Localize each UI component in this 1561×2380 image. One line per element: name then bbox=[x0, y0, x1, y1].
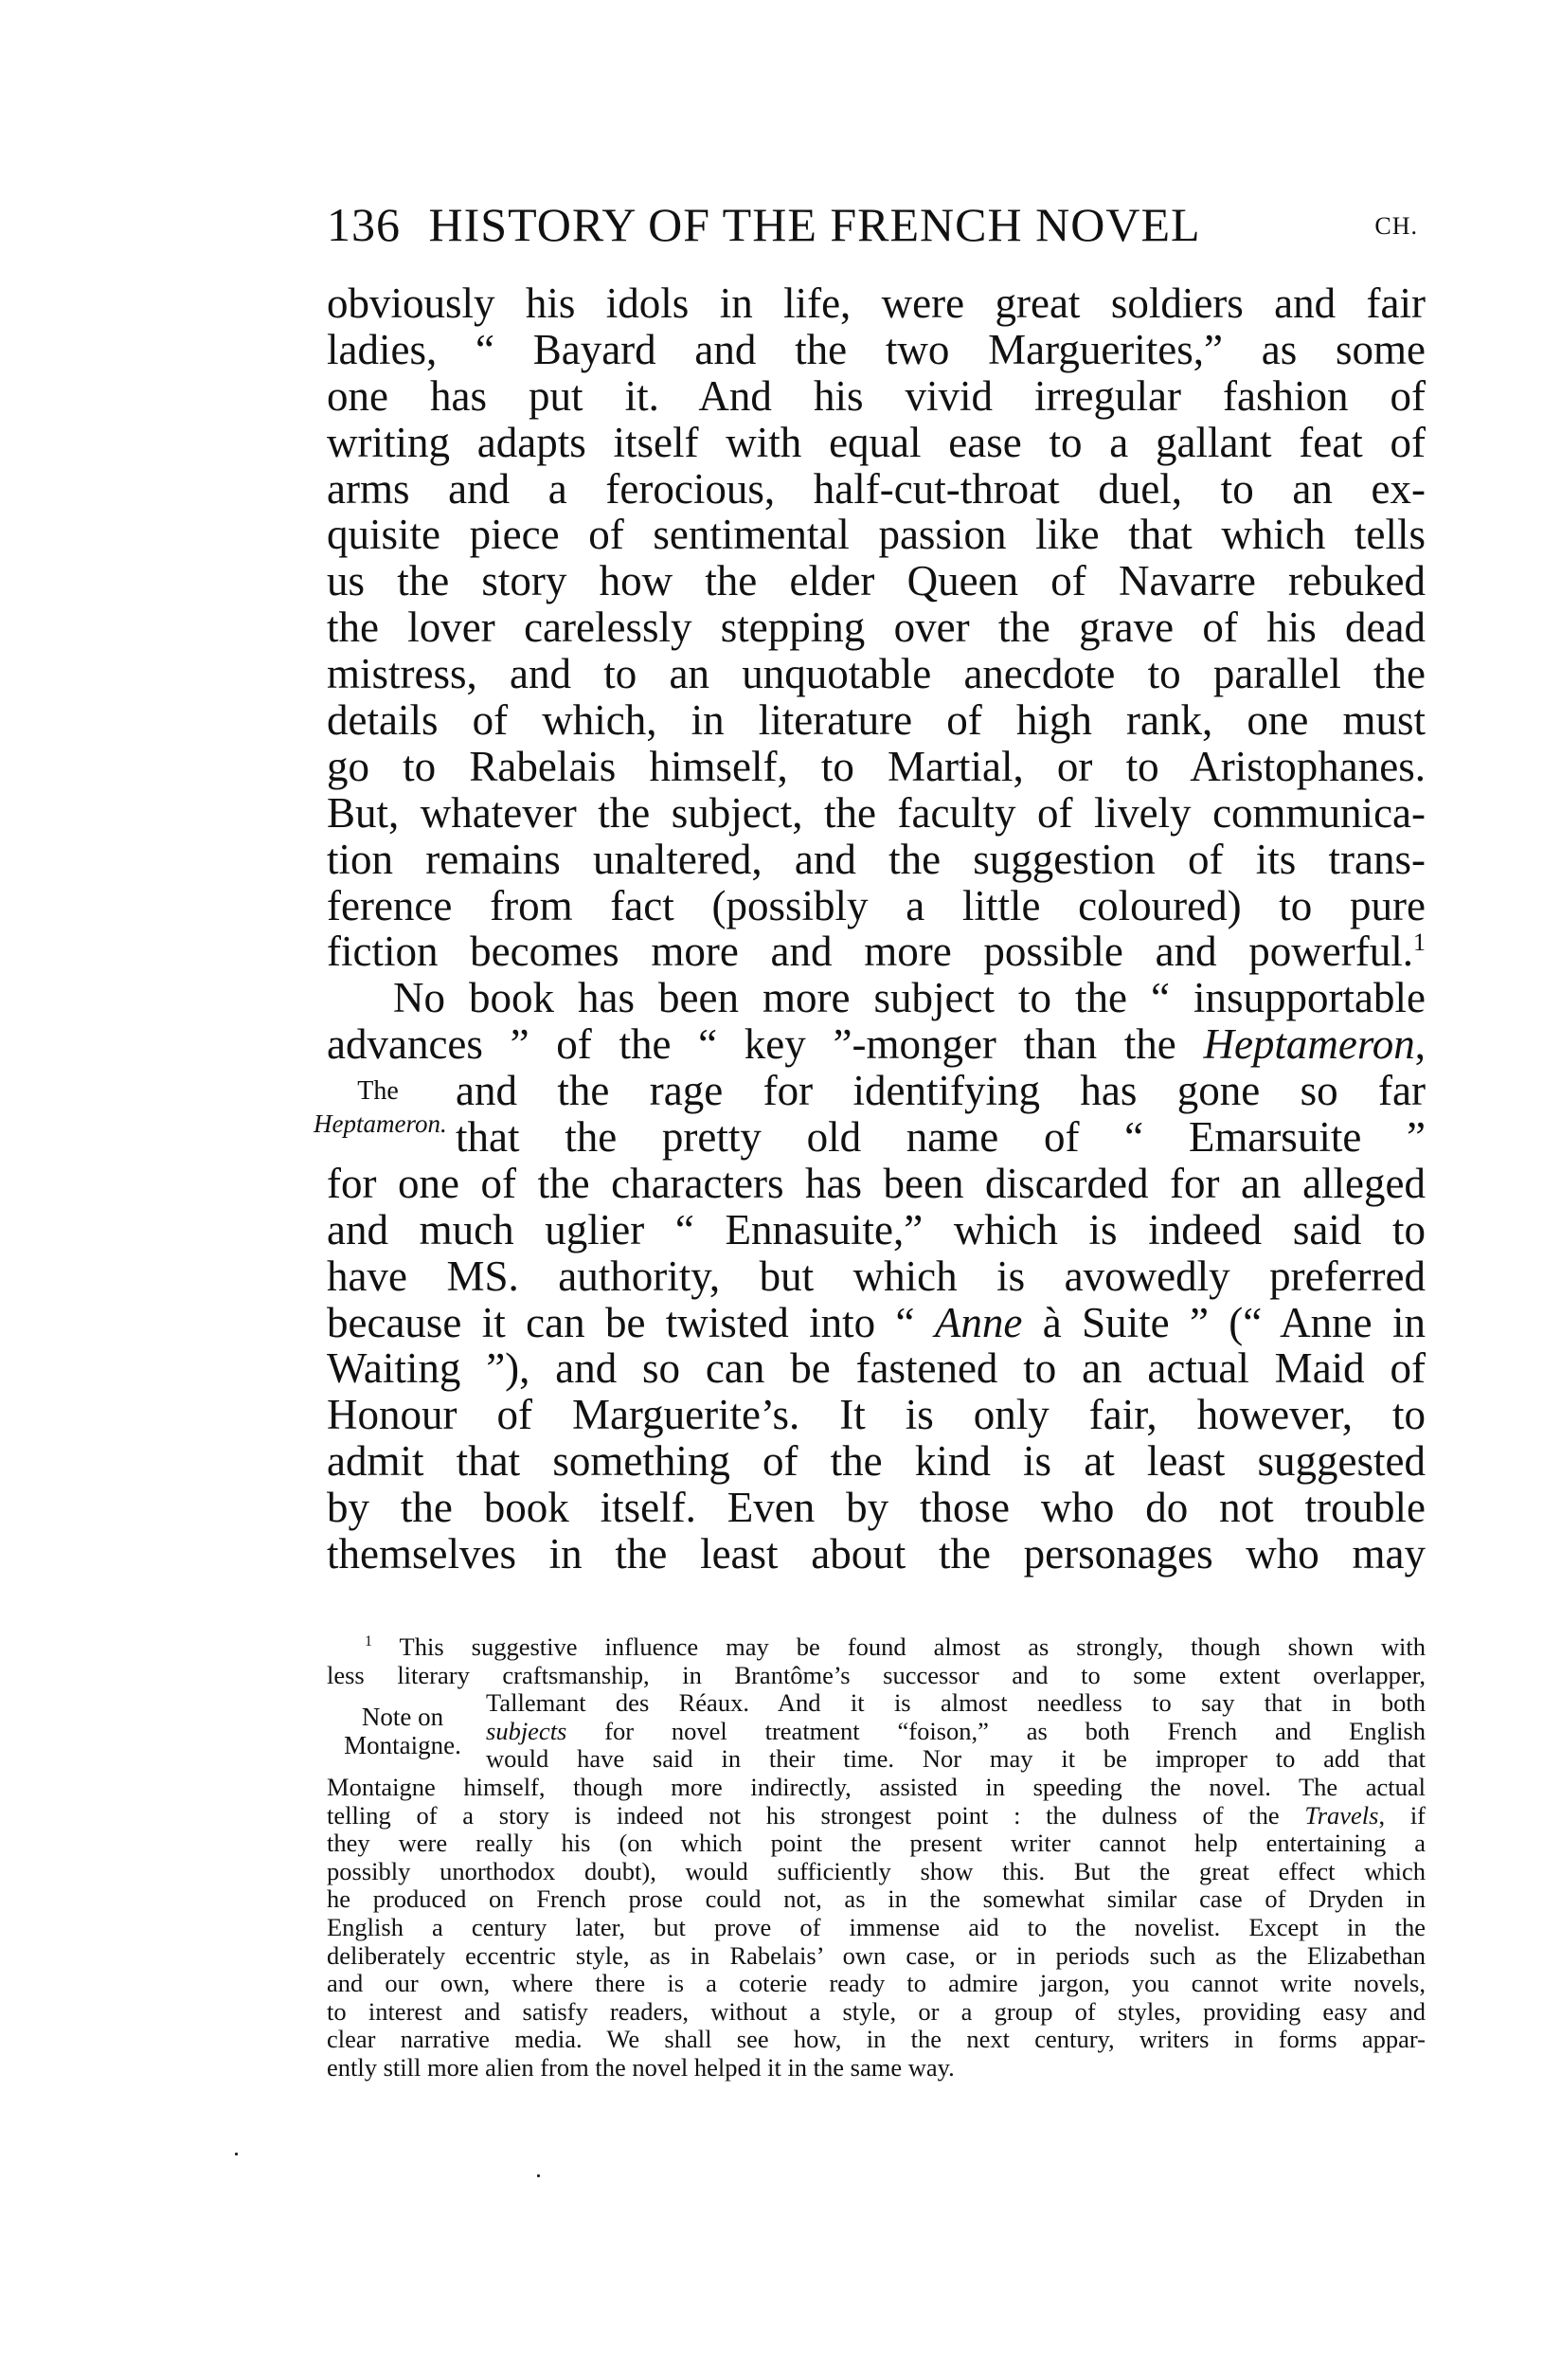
text-line: But, whatever the subject, the faculty o… bbox=[327, 790, 1426, 837]
scan-speck bbox=[537, 2174, 540, 2177]
text-line: the lover carelessly stepping over the g… bbox=[327, 604, 1426, 651]
book-title-italic: Heptameron bbox=[1203, 1020, 1414, 1068]
margin-note-line: The bbox=[314, 1075, 442, 1108]
footnote-marker: 1 bbox=[365, 1633, 372, 1650]
text-line: themselves in the least about the person… bbox=[327, 1531, 1426, 1578]
text-line: for one of the characters has been disca… bbox=[327, 1161, 1426, 1207]
chapter-abbreviation: CH. bbox=[1374, 212, 1418, 241]
sidenote-block-montaigne: Note on Montaigne. Tallemant des Réaux. … bbox=[327, 1689, 1426, 1774]
page-number: 136 bbox=[327, 197, 401, 252]
footnote-line: and our own, where there is a coterie re… bbox=[327, 1970, 1426, 1998]
italic-word: subjects bbox=[486, 1717, 566, 1745]
text-line: details of which, in literature of high … bbox=[327, 697, 1426, 744]
text-fragment: , if bbox=[1378, 1801, 1426, 1830]
footnote-line: to interest and satisfy readers, without… bbox=[327, 1998, 1426, 2027]
text-line: go to Rabelais himself, to Martial, or t… bbox=[327, 744, 1426, 790]
text-line: obviously his idols in life, were great … bbox=[327, 280, 1426, 327]
paragraph-start-line: No book has been more subject to the “ i… bbox=[327, 975, 1426, 1021]
text-line: us the story how the elder Queen of Nava… bbox=[327, 558, 1426, 604]
main-text: obviously his idols in life, were great … bbox=[327, 280, 1426, 1578]
footnote-line: he produced on French prose could not, a… bbox=[327, 1885, 1426, 1914]
text-line: ference from fact (possibly a little col… bbox=[327, 883, 1426, 929]
text-line: arms and a ferocious, half-cut-throat du… bbox=[327, 466, 1426, 513]
sidenote-block-heptameron: The Heptameron. and the rage for identif… bbox=[327, 1068, 1426, 1161]
text-line: writing adapts itself with equal ease to… bbox=[327, 420, 1426, 466]
text-fragment: fiction becomes more and more possible a… bbox=[327, 928, 1413, 975]
footnote-line: deliberately eccentric style, as in Rabe… bbox=[327, 1942, 1426, 1971]
footnote-line: less literary craftsmanship, in Brantôme… bbox=[327, 1662, 1426, 1690]
margin-note-montaigne: Note on Montaigne. bbox=[327, 1703, 478, 1759]
footnote-line: subjects for novel treatment “foison,” a… bbox=[327, 1718, 1426, 1746]
text-fragment: because it can be twisted into “ bbox=[327, 1299, 935, 1346]
footnote-line: clear narrative media. We shall see how,… bbox=[327, 2026, 1426, 2054]
text-line: have MS. authority, but which is avowedl… bbox=[327, 1253, 1426, 1300]
footnote-line: telling of a story is indeed not his str… bbox=[327, 1802, 1426, 1830]
footnote-line: 1 This suggestive influence may be found… bbox=[327, 1633, 1426, 1662]
text-line: and much uglier “ Ennasuite,” which is i… bbox=[327, 1207, 1426, 1253]
text-line: by the book itself. Even by those who do… bbox=[327, 1485, 1426, 1531]
text-line: Waiting ”), and so can be fastened to an… bbox=[327, 1345, 1426, 1392]
text-fragment: for novel treatment “foison,” as both Fr… bbox=[566, 1717, 1426, 1745]
margin-note-line-italic: Heptameron. bbox=[314, 1108, 442, 1140]
text-line: one has put it. And his vivid irregular … bbox=[327, 373, 1426, 420]
text-line: and the rage for identifying has gone so… bbox=[327, 1068, 1426, 1114]
text-fragment: telling of a story is indeed not his str… bbox=[327, 1801, 1304, 1830]
text-line: tion remains unaltered, and the suggesti… bbox=[327, 837, 1426, 883]
text-line: quisite piece of sentimental passion lik… bbox=[327, 512, 1426, 558]
footnote-line: ently still more alien from the novel he… bbox=[327, 2054, 1426, 2082]
text-line: that the pretty old name of “ Emarsuite … bbox=[327, 1114, 1426, 1161]
scan-speck bbox=[235, 2153, 238, 2155]
text-line: ladies, “ Bayard and the two Marguerites… bbox=[327, 327, 1426, 373]
running-head-title: HISTORY OF THE FRENCH NOVEL bbox=[429, 197, 1201, 252]
italic-word: Anne bbox=[935, 1299, 1022, 1346]
text-line: admit that something of the kind is at l… bbox=[327, 1438, 1426, 1485]
text-fragment: advances ” of the “ key ”-monger than th… bbox=[327, 1020, 1203, 1068]
margin-note-line: Note on bbox=[327, 1703, 478, 1731]
footnote-line: they were really his (on which point the… bbox=[327, 1830, 1426, 1858]
margin-note-line: Montaigne. bbox=[327, 1731, 478, 1759]
footnote-reference[interactable]: 1 bbox=[1413, 929, 1426, 956]
text-line: Honour of Marguerite’s. It is only fair,… bbox=[327, 1392, 1426, 1438]
text-line-with-footnote-ref: fiction becomes more and more possible a… bbox=[327, 929, 1426, 975]
text-line: advances ” of the “ key ”-monger than th… bbox=[327, 1021, 1426, 1068]
footnote-line: would have said in their time. Nor may i… bbox=[327, 1745, 1426, 1774]
text-fragment: This suggestive influence may be found a… bbox=[400, 1632, 1426, 1661]
text-line: because it can be twisted into “ Anne à … bbox=[327, 1300, 1426, 1346]
footnote-section: 1 This suggestive influence may be found… bbox=[327, 1633, 1426, 2082]
running-head: 136 HISTORY OF THE FRENCH NOVEL CH. bbox=[327, 197, 1426, 263]
text-fragment: , bbox=[1415, 1020, 1426, 1068]
footnote-line: English a century later, but prove of im… bbox=[327, 1914, 1426, 1942]
footnote-line: Montaigne himself, though more indirectl… bbox=[327, 1774, 1426, 1802]
book-title-italic: Travels bbox=[1304, 1801, 1378, 1830]
footnote-line: possibly unorthodox doubt), would suffic… bbox=[327, 1858, 1426, 1886]
text-fragment: à Suite ” (“ Anne in bbox=[1022, 1299, 1426, 1346]
footnote-line: Tallemant des Réaux. And it is almost ne… bbox=[327, 1689, 1426, 1718]
text-line: mistress, and to an unquotable anecdote … bbox=[327, 651, 1426, 697]
margin-note-heptameron: The Heptameron. bbox=[314, 1075, 442, 1140]
